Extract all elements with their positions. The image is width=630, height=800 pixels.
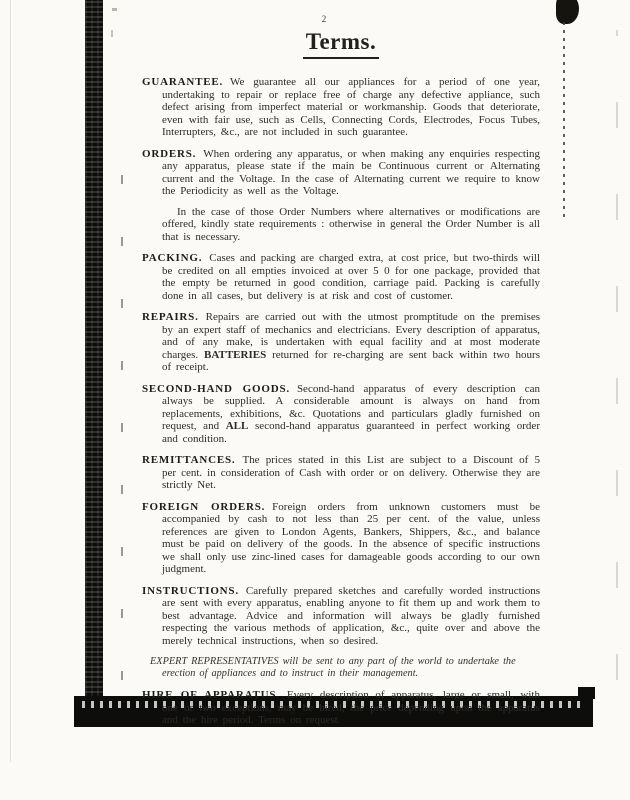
terms-paragraph: ORDERS.When ordering any apparatus, or w…	[142, 148, 540, 198]
terms-paragraph: REPAIRS.Repairs are carried out with the…	[142, 311, 540, 374]
scan-artifact-right-fold-line	[616, 30, 618, 680]
section-instructions: INSTRUCTIONS.Carefully prepared sketches…	[142, 585, 540, 648]
section-second-hand-goods: SECOND-HAND GOODS.Second-hand apparatus …	[142, 383, 540, 446]
section-hire-of-apparatus: HIRE OF APPARATUS.Every description of a…	[142, 689, 540, 727]
section-body: Repairs are carried out with the utmost …	[162, 311, 540, 373]
terms-paragraph: REMITTANCES.The prices stated in this Li…	[142, 454, 540, 492]
terms-paragraph: HIRE OF APPARATUS.Every description of a…	[142, 689, 540, 727]
section-heading: ORDERS.	[142, 148, 203, 160]
title-wrap: Terms.	[142, 29, 540, 59]
scan-artifact-top-right-smudge	[556, 0, 579, 24]
terms-subparagraph: In the case of those Order Numbers where…	[162, 206, 540, 244]
section-heading: HIRE OF APPARATUS.	[142, 689, 287, 701]
section-repairs: REPAIRS.Repairs are carried out with the…	[142, 311, 540, 374]
section-guarantee: GUARANTEE.We guarantee all our appliance…	[142, 76, 540, 139]
section-body: Cases and packing are charged extra, at …	[162, 252, 540, 302]
section-heading: INSTRUCTIONS.	[142, 585, 246, 597]
page-number: 2	[125, 14, 523, 24]
section-heading: SECOND-HAND GOODS.	[142, 383, 297, 395]
section-packing: PACKING.Cases and packing are charged ex…	[142, 252, 540, 302]
scan-artifact-left-faint-line	[10, 0, 11, 762]
section-orders: ORDERS.When ordering any apparatus, or w…	[142, 148, 540, 244]
scan-artifact-fold-marks	[121, 140, 123, 680]
section-heading: FOREIGN ORDERS.	[142, 501, 272, 513]
scanned-page: 2 Terms. GUARANTEE.We guarantee all our …	[0, 0, 630, 800]
page-content: 2 Terms. GUARANTEE.We guarantee all our …	[142, 14, 540, 736]
section-heading: PACKING.	[142, 252, 209, 264]
scan-artifact-speck	[111, 30, 113, 37]
terms-paragraph: GUARANTEE.We guarantee all our appliance…	[142, 76, 540, 139]
section-heading: REMITTANCES.	[142, 454, 242, 466]
section-heading: REPAIRS.	[142, 311, 206, 323]
terms-paragraph: PACKING.Cases and packing are charged ex…	[142, 252, 540, 302]
scan-artifact-right-speckle-line	[563, 22, 565, 217]
terms-paragraph: INSTRUCTIONS.Carefully prepared sketches…	[142, 585, 540, 648]
terms-paragraph: SECOND-HAND GOODS.Second-hand apparatus …	[142, 383, 540, 446]
page-title: Terms.	[303, 29, 380, 59]
section-foreign-orders: FOREIGN ORDERS.Foreign orders from unkno…	[142, 501, 540, 576]
section-remittances: REMITTANCES.The prices stated in this Li…	[142, 454, 540, 492]
scan-artifact-left-black-strip	[85, 0, 103, 703]
section-heading: GUARANTEE.	[142, 76, 230, 88]
section-body: When ordering any apparatus, or when mak…	[162, 148, 540, 198]
scan-artifact-speck	[112, 8, 117, 11]
terms-paragraph: FOREIGN ORDERS.Foreign orders from unkno…	[142, 501, 540, 576]
expert-representatives-note: EXPERT REPRESENTATIVES will be sent to a…	[150, 656, 540, 680]
